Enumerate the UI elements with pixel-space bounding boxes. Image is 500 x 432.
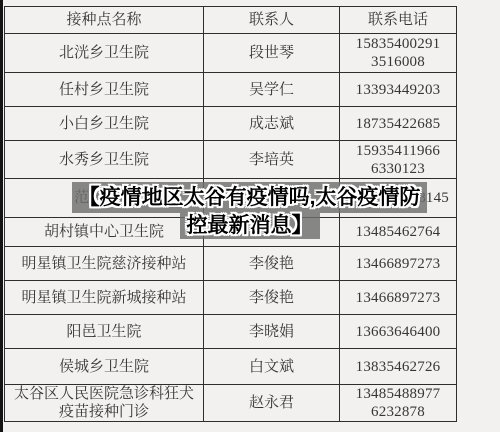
phone-cell: 13835462726: [340, 349, 457, 385]
table-row: 水秀乡卫生院李培英15935411966 6330123: [5, 141, 457, 179]
phone-cell: 13466897273: [340, 247, 457, 281]
contact-person-cell: 白文斌: [204, 349, 340, 385]
contact-person-cell: 李俊艳: [204, 247, 340, 281]
phone-cell: 18735422685: [340, 107, 457, 141]
phone-cell: 13663646400: [340, 315, 457, 349]
site-name-cell: 水秀乡卫生院: [5, 141, 204, 179]
contact-person-cell: [204, 218, 340, 247]
site-name-cell: 范村镇中: [5, 179, 204, 218]
site-name-cell: 胡村镇中心卫生院: [5, 218, 204, 247]
phone-cell: 13466897273: [340, 281, 457, 315]
contact-person-cell: 段世琴: [204, 34, 340, 73]
phone-cell: 13485462764: [340, 218, 457, 247]
vaccination-sites-table: 接种点名称 联系人 联系电话 北洸乡卫生院段世琴15835400291 3516…: [4, 6, 457, 422]
site-name-cell: 阳邑卫生院: [5, 315, 204, 349]
contact-person-cell: [204, 179, 340, 218]
site-name-cell: 太谷区人民医院急诊科狂犬疫苗接种门诊: [5, 385, 204, 422]
table-row: 太谷区人民医院急诊科狂犬疫苗接种门诊赵永君13485488977 6232878: [5, 385, 457, 422]
site-name-cell: 小白乡卫生院: [5, 107, 204, 141]
table-row: 小白乡卫生院成志斌18735422685: [5, 107, 457, 141]
site-name-cell: 任村乡卫生院: [5, 73, 204, 107]
header-site-name: 接种点名称: [5, 7, 204, 34]
phone-cell: 498145: [340, 179, 457, 218]
table-row: 明星镇卫生院慈济接种站李俊艳13466897273: [5, 247, 457, 281]
phone-cell: 15935411966 6330123: [340, 141, 457, 179]
header-contact-person: 联系人: [204, 7, 340, 34]
phone-cell: 13393449203: [340, 73, 457, 107]
table-row: 范村镇中498145: [5, 179, 457, 218]
contact-person-cell: 李晓娟: [204, 315, 340, 349]
table-row: 阳邑卫生院李晓娟13663646400: [5, 315, 457, 349]
phone-cell: 15835400291 3516008: [340, 34, 457, 73]
table-row: 胡村镇中心卫生院13485462764: [5, 218, 457, 247]
contact-person-cell: 李培英: [204, 141, 340, 179]
page: 接种点名称 联系人 联系电话 北洸乡卫生院段世琴15835400291 3516…: [0, 0, 500, 432]
site-name-cell: 明星镇卫生院新城接种站: [5, 281, 204, 315]
header-contact-phone: 联系电话: [340, 7, 457, 34]
table-row: 明星镇卫生院新城接种站李俊艳13466897273: [5, 281, 457, 315]
site-name-cell: 明星镇卫生院慈济接种站: [5, 247, 204, 281]
left-edge-strip: [0, 0, 3, 432]
contact-person-cell: 吴学仁: [204, 73, 340, 107]
site-name-cell: 北洸乡卫生院: [5, 34, 204, 73]
table-header-row: 接种点名称 联系人 联系电话: [5, 7, 457, 34]
contact-person-cell: 赵永君: [204, 385, 340, 422]
table-row: 侯城乡卫生院白文斌13835462726: [5, 349, 457, 385]
site-name-cell: 侯城乡卫生院: [5, 349, 204, 385]
contact-person-cell: 成志斌: [204, 107, 340, 141]
table-row: 任村乡卫生院吴学仁13393449203: [5, 73, 457, 107]
phone-cell: 13485488977 6232878: [340, 385, 457, 422]
table-row: 北洸乡卫生院段世琴15835400291 3516008: [5, 34, 457, 73]
contact-person-cell: 李俊艳: [204, 281, 340, 315]
